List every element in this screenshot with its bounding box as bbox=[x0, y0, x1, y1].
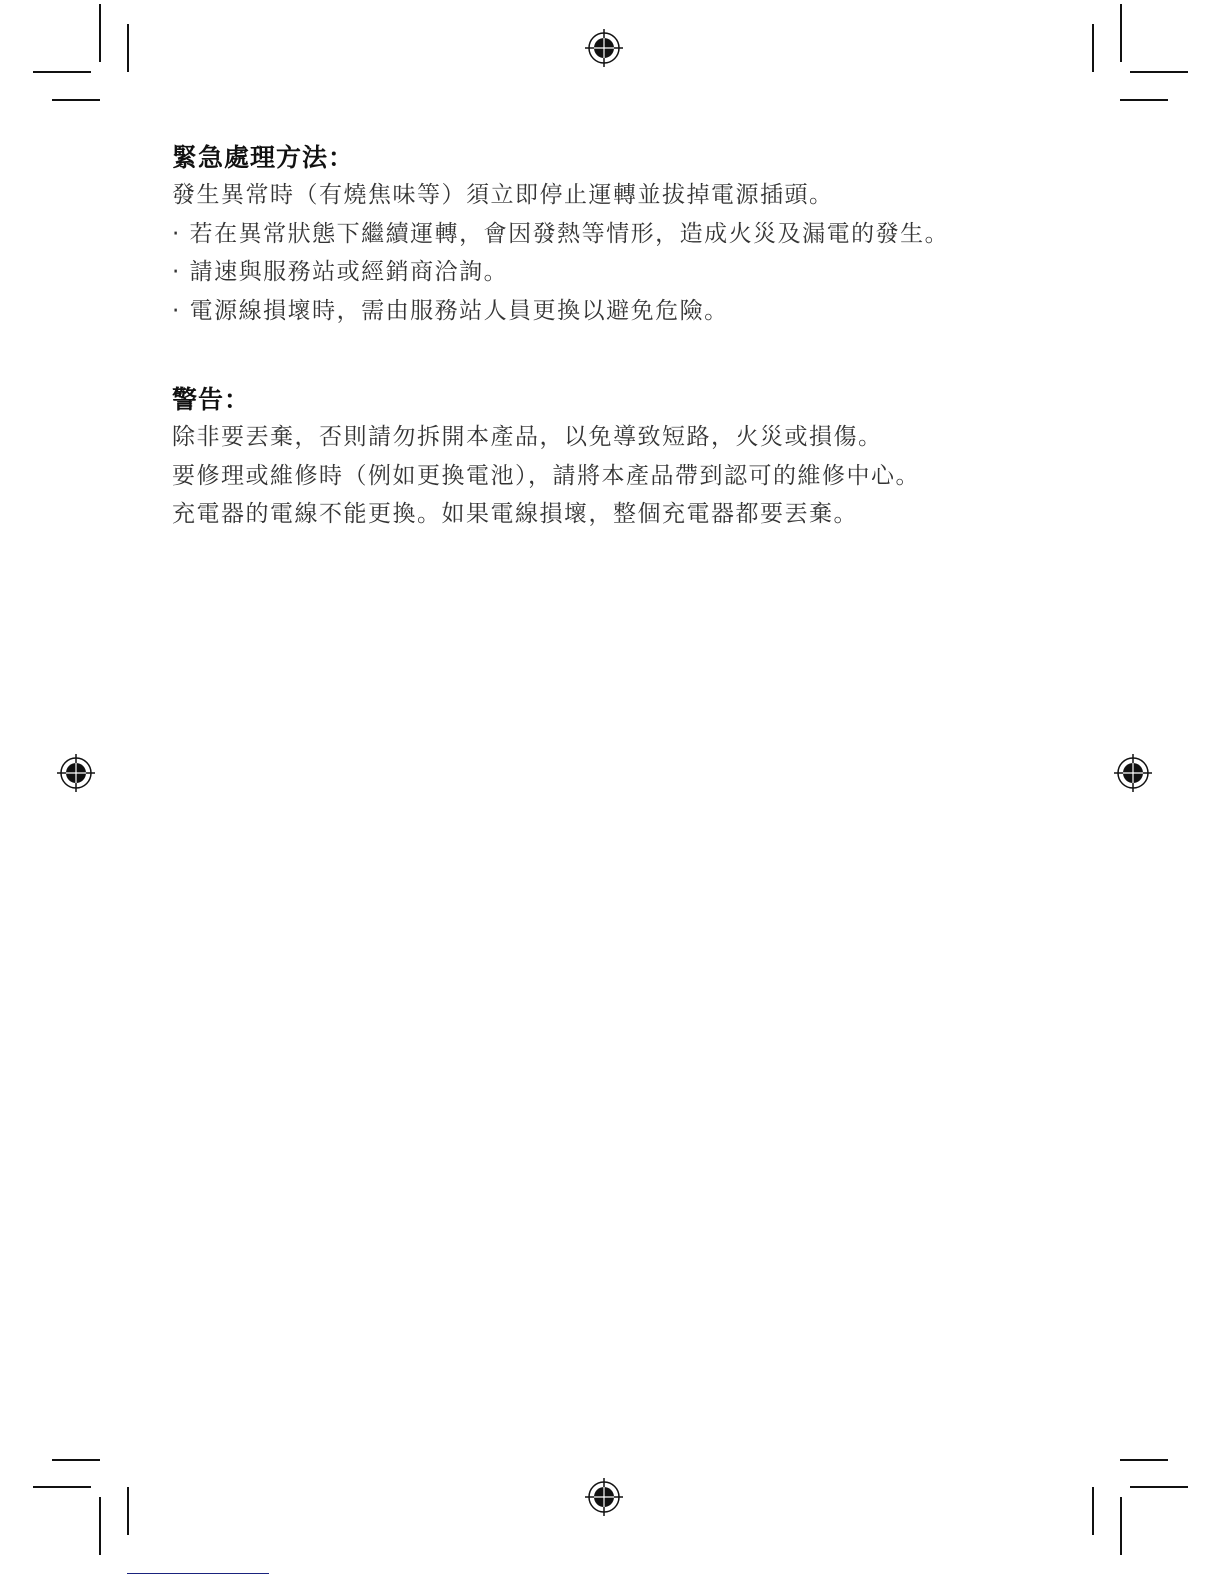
emergency-section: 緊急處理方法： 發生異常時（有燒焦味等）須立即停止運轉並拔掉電源插頭。 · 若在… bbox=[172, 140, 1072, 330]
crop-mark-top-left-vertical-inner bbox=[127, 24, 129, 72]
crop-mark-bottom-left-horizontal-inner bbox=[52, 1459, 100, 1461]
crop-mark-bottom-left-vertical-inner bbox=[127, 1487, 129, 1535]
crop-mark-top-left-horizontal-inner bbox=[52, 99, 100, 101]
crop-mark-bottom-left-horizontal-outer bbox=[33, 1486, 91, 1488]
warning-section: 警告： 除非要丟棄，否則請勿拆開本產品，以免導致短路，火災或損傷。 要修理或維修… bbox=[172, 382, 1072, 534]
warning-line-2: 要修理或維修時（例如更換電池），請將本產品帶到認可的維修中心。 bbox=[172, 457, 1072, 496]
crop-mark-bottom-right-horizontal-inner bbox=[1120, 1459, 1168, 1461]
crop-mark-top-right-vertical-inner bbox=[1092, 24, 1094, 72]
crop-mark-bottom-right-horizontal-outer bbox=[1130, 1486, 1188, 1488]
footer-rule bbox=[127, 1573, 269, 1574]
warning-line-1: 除非要丟棄，否則請勿拆開本產品，以免導致短路，火災或損傷。 bbox=[172, 418, 1072, 457]
warning-heading: 警告： bbox=[172, 382, 1072, 418]
registration-mark-left-icon bbox=[56, 753, 96, 793]
registration-mark-bottom-icon bbox=[584, 1477, 624, 1517]
registration-mark-right-icon bbox=[1113, 753, 1153, 793]
crop-mark-top-left-vertical-outer bbox=[99, 4, 101, 62]
warning-line-3: 充電器的電線不能更換。如果電線損壞，整個充電器都要丟棄。 bbox=[172, 495, 1072, 534]
crop-mark-top-right-horizontal-inner bbox=[1120, 99, 1168, 101]
crop-mark-top-right-vertical-outer bbox=[1120, 4, 1122, 62]
crop-mark-bottom-right-vertical-outer bbox=[1120, 1497, 1122, 1555]
registration-mark-top-icon bbox=[584, 28, 624, 68]
crop-mark-top-left-horizontal-outer bbox=[33, 71, 91, 73]
page-content: 緊急處理方法： 發生異常時（有燒焦味等）須立即停止運轉並拔掉電源插頭。 · 若在… bbox=[172, 140, 1072, 586]
emergency-heading: 緊急處理方法： bbox=[172, 140, 1072, 176]
emergency-bullet-1: · 若在異常狀態下繼續運轉，會因發熱等情形，造成火災及漏電的發生。 bbox=[172, 215, 1072, 254]
crop-mark-bottom-right-vertical-inner bbox=[1092, 1487, 1094, 1535]
emergency-bullet-2: · 請速與服務站或經銷商洽詢。 bbox=[172, 253, 1072, 292]
emergency-bullet-3: · 電源線損壞時，需由服務站人員更換以避免危險。 bbox=[172, 292, 1072, 331]
crop-mark-bottom-left-vertical-outer bbox=[99, 1497, 101, 1555]
emergency-intro: 發生異常時（有燒焦味等）須立即停止運轉並拔掉電源插頭。 bbox=[172, 176, 1072, 215]
crop-mark-top-right-horizontal-outer bbox=[1130, 71, 1188, 73]
